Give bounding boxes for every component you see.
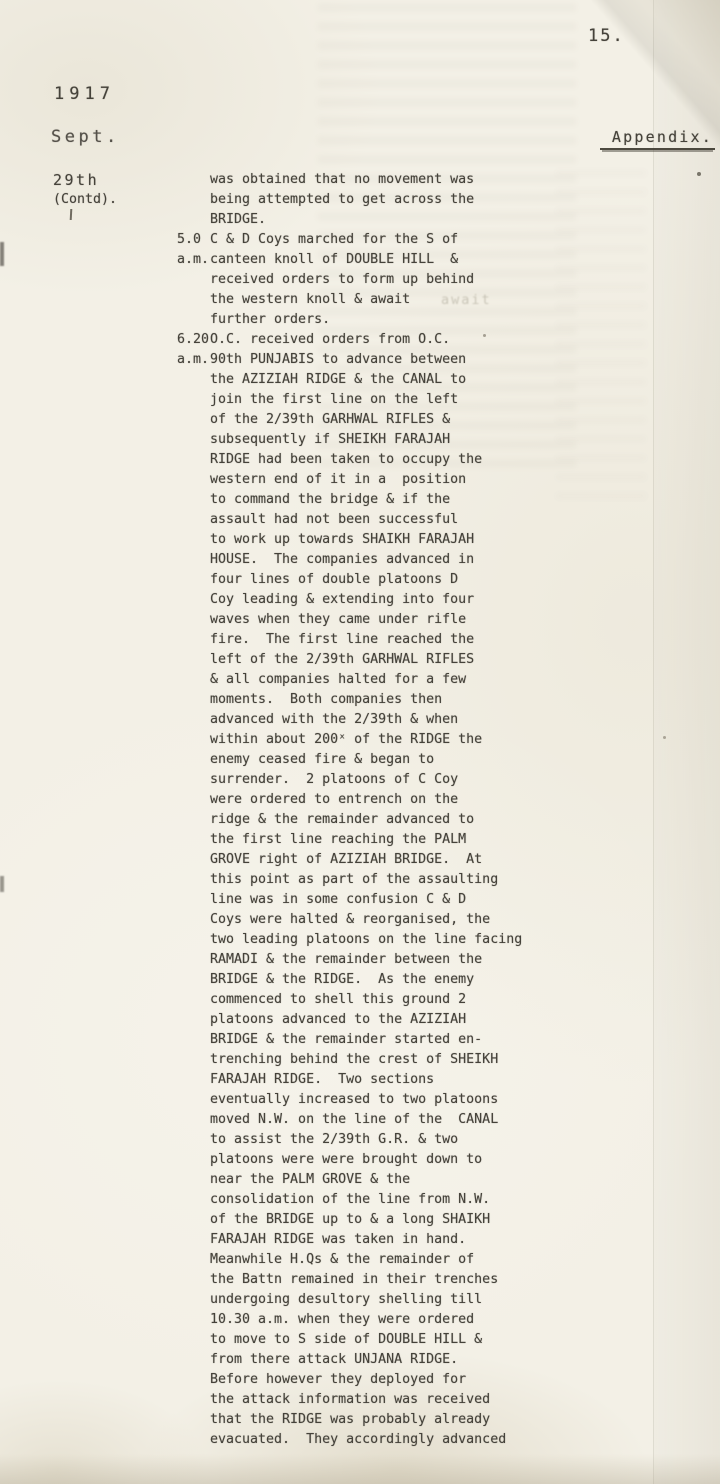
scan-edge-mark — [0, 242, 4, 266]
diary-line: join the first line on the left — [210, 390, 522, 410]
diary-line: the first line reaching the PALM — [210, 830, 522, 850]
diary-line: was obtained that no movement was — [210, 170, 474, 190]
stray-pen-mark — [70, 209, 73, 220]
diary-line: & all companies halted for a few — [210, 670, 522, 690]
diary-line: the AZIZIAH RIDGE & the CANAL to — [210, 370, 522, 390]
diary-line: the western knoll & await — [210, 290, 474, 310]
diary-line: being attempted to get across the — [210, 190, 474, 210]
entry-lines: O.C. received orders from O.C.90th PUNJA… — [210, 330, 522, 1450]
diary-line: consolidation of the line from N.W. — [210, 1190, 522, 1210]
diary-line: to assist the 2/39th G.R. & two — [210, 1130, 522, 1150]
diary-line: Coy leading & extending into four — [210, 590, 522, 610]
diary-line: near the PALM GROVE & the — [210, 1170, 522, 1190]
diary-line: O.C. received orders from O.C. — [210, 330, 522, 350]
paper-speck — [663, 736, 666, 739]
diary-line: of the BRIDGE up to & a long SHAIKH — [210, 1210, 522, 1230]
diary-line: FARAJAH RIDGE. Two sections — [210, 1070, 522, 1090]
diary-line: canteen knoll of DOUBLE HILL & — [210, 250, 474, 270]
diary-line: ridge & the remainder advanced to — [210, 810, 522, 830]
diary-line: GROVE right of AZIZIAH BRIDGE. At — [210, 850, 522, 870]
paper-speck — [697, 172, 701, 176]
diary-line: subsequently if SHEIKH FARAJAH — [210, 430, 522, 450]
day-contd-label: (Contd). — [53, 190, 117, 210]
diary-line: Meanwhile H.Qs & the remainder of — [210, 1250, 522, 1270]
diary-entry: was obtained that no movement wasbeing a… — [177, 170, 522, 230]
diary-entry: 5.0a.m.C & D Coys marched for the S ofca… — [177, 230, 522, 330]
diary-line: 10.30 a.m. when they were ordered — [210, 1310, 522, 1330]
page-edge-shadow — [653, 0, 720, 1484]
diary-line: Before however they deployed for — [210, 1370, 522, 1390]
diary-line: BRIDGE & the RIDGE. As the enemy — [210, 970, 522, 990]
scan-edge-mark — [0, 876, 4, 892]
diary-line: within about 200ˣ of the RIDGE the — [210, 730, 522, 750]
date-column: 29th (Contd). — [53, 170, 117, 210]
erased-ghost-word: await — [441, 290, 492, 310]
diary-line: eventually increased to two platoons — [210, 1090, 522, 1110]
diary-line: waves when they came under rifle — [210, 610, 522, 630]
diary-line: BRIDGE & the remainder started en- — [210, 1030, 522, 1050]
month-heading: Sept. — [51, 127, 120, 147]
bleedthrough-text-artifact — [556, 170, 646, 500]
diary-line: the Battn remained in their trenches — [210, 1270, 522, 1290]
diary-line: two leading platoons on the line facing — [210, 930, 522, 950]
time-column: 6.20a.m. — [177, 330, 210, 370]
diary-line: from there attack UNJANA RIDGE. — [210, 1350, 522, 1370]
diary-line: platoons advanced to the AZIZIAH — [210, 1010, 522, 1030]
diary-line: FARAJAH RIDGE was taken in hand. — [210, 1230, 522, 1250]
diary-line: left of the 2/39th GARHWAL RIFLES — [210, 650, 522, 670]
bottom-edge-shadow — [0, 1454, 720, 1484]
diary-line: the attack information was received — [210, 1390, 522, 1410]
diary-line: of the 2/39th GARHWAL RIFLES & — [210, 410, 522, 430]
diary-line: four lines of double platoons D — [210, 570, 522, 590]
diary-line: HOUSE. The companies advanced in — [210, 550, 522, 570]
meridiem-label: a.m. — [177, 250, 210, 270]
diary-line: Coys were halted & reorganised, the — [210, 910, 522, 930]
diary-line: commenced to shell this ground 2 — [210, 990, 522, 1010]
diary-line: assault had not been successful — [210, 510, 522, 530]
diary-line: line was in some confusion C & D — [210, 890, 522, 910]
diary-line: RAMADI & the remainder between the — [210, 950, 522, 970]
diary-line: received orders to form up behind — [210, 270, 474, 290]
diary-line: were ordered to entrench on the — [210, 790, 522, 810]
diary-line: enemy ceased fire & began to — [210, 750, 522, 770]
diary-line: surrender. 2 platoons of C Coy — [210, 770, 522, 790]
diary-entry: 6.20a.m.O.C. received orders from O.C.90… — [177, 330, 522, 1450]
diary-line: C & D Coys marched for the S of — [210, 230, 474, 250]
diary-line: to move to S side of DOUBLE HILL & — [210, 1330, 522, 1350]
diary-line: moved N.W. on the line of the CANAL — [210, 1110, 522, 1130]
entry-lines: was obtained that no movement wasbeing a… — [210, 170, 474, 230]
diary-line: that the RIDGE was probably already — [210, 1410, 522, 1430]
diary-line: 90th PUNJABIS to advance between — [210, 350, 522, 370]
appendix-heading: Appendix. — [600, 128, 715, 150]
diary-entries: was obtained that no movement wasbeing a… — [177, 170, 522, 1450]
diary-line: to command the bridge & if the — [210, 490, 522, 510]
diary-line: moments. Both companies then — [210, 690, 522, 710]
diary-line: RIDGE had been taken to occupy the — [210, 450, 522, 470]
diary-line: to work up towards SHAIKH FARAJAH — [210, 530, 522, 550]
diary-line: platoons were were brought down to — [210, 1150, 522, 1170]
diary-line: BRIDGE. — [210, 210, 474, 230]
time-label: 6.20 — [177, 330, 210, 350]
diary-line: western end of it in a position — [210, 470, 522, 490]
diary-line: advanced with the 2/39th & when — [210, 710, 522, 730]
diary-line: undergoing desultory shelling till — [210, 1290, 522, 1310]
entry-lines: C & D Coys marched for the S ofcanteen k… — [210, 230, 474, 330]
meridiem-label: a.m. — [177, 350, 210, 370]
diary-line: evacuated. They accordingly advanced — [210, 1430, 522, 1450]
diary-line: fire. The first line reached the — [210, 630, 522, 650]
year-heading: 1917 — [54, 84, 115, 104]
diary-line: trenching behind the crest of SHEIKH — [210, 1050, 522, 1070]
time-label: 5.0 — [177, 230, 210, 250]
document-page: 15. 1917 Sept. Appendix. 29th (Contd). w… — [0, 0, 720, 1484]
diary-line: this point as part of the assaulting — [210, 870, 522, 890]
day-label: 29th — [53, 170, 117, 190]
diary-line: further orders. — [210, 310, 474, 330]
page-number: 15. — [588, 26, 625, 46]
time-column: 5.0a.m. — [177, 230, 210, 270]
